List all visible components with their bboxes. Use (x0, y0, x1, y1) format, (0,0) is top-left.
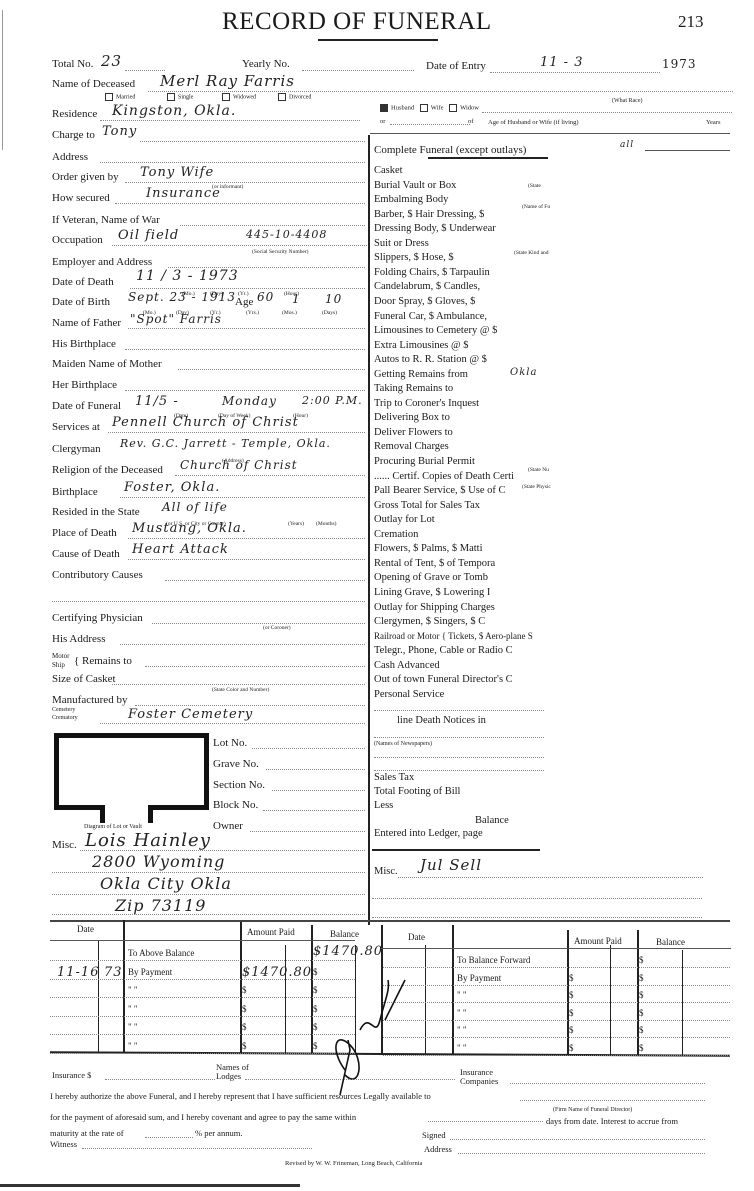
ledger-amount[interactable]: $ (569, 990, 574, 1000)
charge-item: Folding Chairs, $ Tarpaulin (374, 267, 544, 278)
charge-item: ...... Certif. Copies of Death Certi (374, 471, 544, 482)
marital-married[interactable]: Married (105, 93, 135, 101)
misc-right-value[interactable]: Jul Sell (420, 856, 482, 874)
ledger-amount[interactable]: $ (569, 973, 574, 983)
charge-item: Autos to R. R. Station @ $ (374, 354, 544, 365)
contributory-causes-label: Contributory Causes (52, 569, 143, 581)
total-footing-label: Total Footing of Bill (374, 786, 460, 797)
ledger-desc: " " (457, 1008, 467, 1018)
charge-item: Deliver Flowers to (374, 427, 544, 438)
title-underline (318, 39, 438, 41)
order-given-by-value[interactable]: Tony Wife (140, 165, 214, 180)
years-label: Years (706, 119, 721, 126)
occupation-label: Occupation (52, 234, 103, 246)
his-birthplace-label: His Birthplace (52, 338, 116, 350)
remains-to-label: { Remains to (74, 655, 132, 667)
ledger-balance[interactable]: $ (313, 985, 318, 995)
name-of-deceased-label: Name of Deceased (52, 78, 135, 90)
state-note-3: (State Kind and (514, 250, 549, 256)
services-at-label: Services at (52, 421, 100, 433)
charge-item: Lining Grave, $ Lowering I (374, 587, 544, 598)
complete-funeral-value[interactable]: all (620, 140, 634, 150)
order-given-by-label: Order given by (52, 171, 119, 183)
left-margin-line (2, 10, 3, 150)
cause-of-death-value[interactable]: Heart Attack (132, 542, 229, 557)
death-notices-label: line Death Notices in (397, 715, 486, 726)
ledger-desc: To Balance Forward (457, 955, 530, 965)
birthplace-label: Birthplace (52, 486, 98, 498)
charge-item: Casket (374, 165, 544, 176)
funeral-hour-value[interactable]: 2:00 P.M. (302, 394, 363, 407)
charge-to-label: Charge to (52, 129, 95, 141)
ledger-balance[interactable]: $ (639, 1025, 644, 1035)
revised-by-text: Revised by W. W. Frineman, Long Beach, C… (285, 1160, 422, 1167)
ledger-desc: By Payment (128, 967, 172, 977)
how-secured-label: How secured (52, 192, 110, 204)
row-rule (383, 1055, 730, 1056)
block-no-label: Block No. (213, 799, 258, 811)
state-note-1: (State (528, 183, 541, 189)
charge-item: Limousines to Cemetery @ $ (374, 325, 544, 336)
checkbox-married[interactable] (105, 93, 113, 101)
charges-column-border (368, 135, 370, 925)
charge-item: Procuring Burial Permit (374, 456, 544, 467)
cemetery-value[interactable]: Foster Cemetery (128, 707, 253, 722)
funeral-day-value[interactable]: Monday (222, 394, 277, 408)
charge-item: Funeral Car, $ Ambulance, (374, 311, 544, 322)
state-note-5: (State Physic (522, 484, 551, 490)
birthplace-value[interactable]: Foster, Okla. (124, 480, 220, 495)
balance-label: Balance (475, 815, 509, 826)
religion-label: Religion of the Deceased (52, 464, 163, 476)
ledger-right-date-header: Date (408, 932, 425, 942)
authorize-text: I hereby authorize the above Funeral, an… (50, 1091, 431, 1101)
resided-value[interactable]: All of life (162, 500, 228, 514)
ledger-balance[interactable]: $ (313, 1041, 318, 1051)
place-of-death-label: Place of Death (52, 527, 117, 539)
charge-item: Door Spray, $ Gloves, $ (374, 296, 544, 307)
ledger-balance[interactable]: $ (639, 1008, 644, 1018)
ledger-balance[interactable]: $ (639, 955, 644, 965)
occupation-value[interactable]: Oil field (118, 228, 179, 243)
ledger-balance[interactable]: $ (639, 990, 644, 1000)
checkbox-divorced[interactable] (278, 93, 286, 101)
certifying-physician-label: Certifying Physician (52, 612, 143, 624)
ledger-balance[interactable]: $ (313, 1004, 318, 1014)
charge-item: Cremation (374, 529, 544, 540)
grave-no-label: Grave No. (213, 758, 259, 770)
date-of-funeral-label: Date of Funeral (52, 400, 121, 412)
what-race-note: (What Race) (612, 98, 642, 104)
casket-size-note: (State Color and Number) (212, 687, 269, 693)
name-of-deceased-value[interactable]: Merl Ray Farris (160, 72, 295, 90)
charge-item: Trip to Coroner's Inquest (374, 398, 544, 409)
date-of-entry-label: Date of Entry (426, 60, 486, 72)
signature-scribble (320, 950, 430, 1100)
checkbox-husband[interactable] (380, 104, 388, 112)
misc-left-label: Misc. (52, 839, 77, 851)
spouse-of-label: of (468, 118, 473, 125)
motor-ship-label: MotorShip (52, 652, 70, 670)
charge-item: Flowers, $ Palms, $ Matti (374, 543, 544, 554)
ledger-date[interactable]: 11-16 (57, 965, 99, 980)
maturity-text: maturity at the rate of (50, 1128, 124, 1138)
dob-note-yrs: (Yrs.) (246, 310, 259, 316)
her-birthplace-label: Her Birthplace (52, 379, 117, 391)
newspapers-note: (Names of Newspapers) (374, 741, 432, 747)
physician-note: (or Coroner) (263, 625, 291, 631)
charge-item: Dressing Body, $ Underwear (374, 223, 544, 234)
row-rule (383, 1020, 730, 1021)
charge-item: Clergymen, $ Singers, $ C (374, 616, 544, 627)
date-of-entry-value[interactable]: 11 - 3 (540, 55, 583, 70)
clergyman-value[interactable]: Rev. G.C. Jarrett - Temple, Okla. (120, 437, 331, 450)
complete-funeral-label: Complete Funeral (except outlays) (374, 144, 526, 156)
date-of-entry-year[interactable]: 1973 (662, 57, 697, 71)
age-months-value[interactable]: 1 (292, 292, 301, 306)
getting-remains-value[interactable]: Okla (510, 367, 537, 378)
witness-label: Witness (50, 1139, 77, 1149)
row-rule (50, 1034, 355, 1035)
date-of-death-label: Date of Death (52, 276, 114, 288)
ledger-desc: " " (457, 1025, 467, 1035)
charge-item: Opening of Grave or Tomb (374, 572, 544, 583)
charge-to-value[interactable]: Tony (102, 124, 137, 139)
total-no-value[interactable]: 23 (101, 52, 122, 70)
state-note-4: (State Nu (528, 467, 549, 473)
misc-right-label: Misc. (374, 866, 398, 877)
religion-value[interactable]: Church of Christ (180, 458, 298, 472)
misc-left-line-2[interactable]: 2800 Wyoming (92, 852, 225, 871)
charge-item: Removal Charges (374, 441, 544, 452)
services-at-value[interactable]: Pennell Church of Christ (112, 415, 299, 430)
ledger-amount[interactable]: $ (242, 1041, 247, 1051)
total-no-label: Total No. (52, 58, 93, 70)
ledger-page-label: Entered into Ledger, page (374, 828, 483, 839)
ledger-left-amount-header: Amount Paid (247, 927, 295, 937)
charge-item: Barber, $ Hair Dressing, $ (374, 209, 544, 220)
ssn-value[interactable]: 445-10-4408 (246, 228, 327, 241)
misc-left-line-1[interactable]: Lois Hainley (85, 830, 211, 851)
misc-left-line-4[interactable]: Zip 73119 (115, 896, 206, 915)
section-no-label: Section No. (213, 779, 265, 791)
ledger-balance[interactable]: $ (639, 973, 644, 983)
ledger-desc: By Payment (457, 973, 501, 983)
ledger-desc: " " (128, 1022, 138, 1032)
residence-label: Residence (52, 108, 97, 120)
owner-label: Owner (213, 820, 243, 832)
ssn-note: (Social Security Number) (252, 249, 309, 255)
ledger-desc: " " (128, 985, 138, 995)
firm-name-note: (Firm Name of Funeral Director) (553, 1107, 632, 1113)
charge-item: Gross Total for Sales Tax (374, 500, 544, 511)
ledger-amount[interactable]: $1470.80 (242, 965, 312, 980)
charge-item: Railroad or Motor { Tickets, $ Aero-plan… (374, 631, 544, 641)
dob-note-days: (Days) (322, 310, 337, 316)
marital-divorced[interactable]: Divorced (278, 93, 311, 101)
page-number: 213 (678, 12, 704, 32)
insurance-label: Insurance $ (52, 1070, 91, 1080)
ledger-amount[interactable]: $ (242, 1004, 247, 1014)
charge-item: Taking Remains to (374, 383, 544, 394)
charge-item: Burial Vault or Box (374, 180, 544, 191)
row-rule (383, 967, 730, 968)
marital-widowed[interactable]: Widowed (222, 93, 256, 101)
charge-item: Extra Limousines @ $ (374, 340, 544, 351)
checkbox-widowed[interactable] (222, 93, 230, 101)
ledger-left-date-header: Date (77, 924, 94, 934)
row-rule (50, 997, 355, 998)
place-of-death-value[interactable]: Mustang, Okla. (132, 521, 247, 536)
charge-item: Outlay for Shipping Charges (374, 602, 544, 613)
spouse-or-label: or (380, 118, 385, 125)
ledger-desc: " " (457, 1043, 467, 1053)
address-label: Address (52, 151, 88, 163)
cemetery-crematory-label: CemeteryCrematory (52, 706, 78, 722)
lot-no-label: Lot No. (213, 737, 247, 749)
charge-item: Out of town Funeral Director's C (374, 674, 544, 685)
address-footer-label: Address (424, 1144, 452, 1154)
charge-item: Cash Advanced (374, 660, 544, 671)
charge-item: Suit or Dress (374, 238, 544, 249)
row-rule (50, 1016, 355, 1017)
ledger-year[interactable]: 73 (104, 965, 123, 980)
row-rule (50, 960, 355, 961)
less-label: Less (374, 800, 393, 811)
charge-item: Pall Bearer Service, $ Use of C (374, 485, 544, 496)
ledger-amount[interactable]: $ (569, 1043, 574, 1053)
ledger-amount[interactable]: $ (569, 1025, 574, 1035)
father-label: Name of Father (52, 317, 121, 329)
charge-item: Personal Service (374, 689, 544, 700)
ledger-amount[interactable]: $ (242, 985, 247, 995)
row-rule (50, 1053, 355, 1054)
yearly-no-label: Yearly No. (242, 58, 290, 70)
ledger-right-amount-header: Amount Paid (574, 936, 622, 946)
charge-item: Telegr., Phone, Cable or Radio C (374, 645, 544, 656)
father-value[interactable]: "Spot" Farris (130, 312, 222, 326)
charge-item: Delivering Box to (374, 412, 544, 423)
ledger-desc: " " (128, 1004, 138, 1014)
payment-text: for the payment of aforesaid sum, and I … (50, 1112, 356, 1122)
age-label: Age (235, 296, 253, 308)
misc-left-line-3[interactable]: Okla City Okla (100, 874, 232, 893)
ledger-left-balance-header: Balance (330, 929, 359, 939)
ledger-desc: " " (128, 1041, 138, 1051)
row-rule (383, 1002, 730, 1003)
date-of-death-value[interactable]: 11 / 3 - 1973 (136, 268, 239, 284)
age-days-value[interactable]: 10 (325, 292, 342, 306)
age-years-value[interactable]: 60 (257, 290, 274, 304)
resided-note-months: (Months) (316, 521, 336, 527)
ledger-amount[interactable]: $ (242, 1022, 247, 1032)
clergyman-label: Clergyman (52, 443, 101, 455)
row-rule (383, 985, 730, 986)
sales-tax-label: Sales Tax (374, 772, 414, 783)
date-of-birth-value[interactable]: Sept. 23 - 1913 (128, 290, 236, 304)
row-rule (383, 1037, 730, 1038)
checkbox-single[interactable] (167, 93, 175, 101)
charge-item: Rental of Tent, $ of Tempora (374, 558, 544, 569)
checkbox-wife[interactable] (420, 104, 428, 112)
date-of-birth-label: Date of Birth (52, 296, 110, 308)
days-text: days from date. Interest to accrue from (546, 1116, 678, 1126)
charge-item: Candelabrum, $ Candles, (374, 281, 544, 292)
ledger-amount[interactable]: $ (569, 1008, 574, 1018)
marital-single[interactable]: Single (167, 93, 193, 101)
manufactured-by-label: Manufactured by (52, 694, 127, 706)
ledger-right-balance-header: Balance (656, 937, 685, 947)
cause-of-death-label: Cause of Death (52, 548, 120, 560)
date-of-funeral-value[interactable]: 11/5 - (135, 394, 179, 409)
ledger-balance[interactable]: $ (313, 1022, 318, 1032)
his-address-label: His Address (52, 633, 105, 645)
ledger-balance[interactable]: $ (313, 967, 318, 977)
charge-item: Outlay for Lot (374, 514, 544, 525)
ledger-desc: To Above Balance (128, 948, 194, 958)
row-rule (50, 979, 355, 980)
lot-diagram-box (54, 733, 209, 810)
casket-size-label: Size of Casket (52, 673, 116, 685)
how-secured-value[interactable]: Insurance (146, 186, 221, 201)
residence-value[interactable]: Kingston, Okla. (112, 103, 236, 119)
resided-label: Resided in the State (52, 506, 140, 518)
ledger-desc: " " (457, 990, 467, 1000)
age-spouse-label: Age of Husband or Wife (if living) (488, 119, 579, 126)
per-annum-text: % per annum. (195, 1128, 242, 1138)
ledger-balance[interactable]: $ (639, 1043, 644, 1053)
resided-note-years: (Years) (288, 521, 304, 527)
employer-label: Employer and Address (52, 256, 152, 268)
page-title: RECORD OF FUNERAL (222, 8, 492, 36)
dob-note-mos: (Mos.) (282, 310, 297, 316)
signed-label: Signed (422, 1130, 446, 1140)
mother-label: Maiden Name of Mother (52, 358, 162, 370)
veteran-label: If Veteran, Name of War (52, 214, 160, 226)
charge-item: Embalming Body (374, 194, 544, 205)
spouse-options[interactable]: Husband Wife Widow (380, 104, 479, 112)
checkbox-widow[interactable] (449, 104, 457, 112)
state-note-2: (Name of Fu (522, 204, 550, 210)
